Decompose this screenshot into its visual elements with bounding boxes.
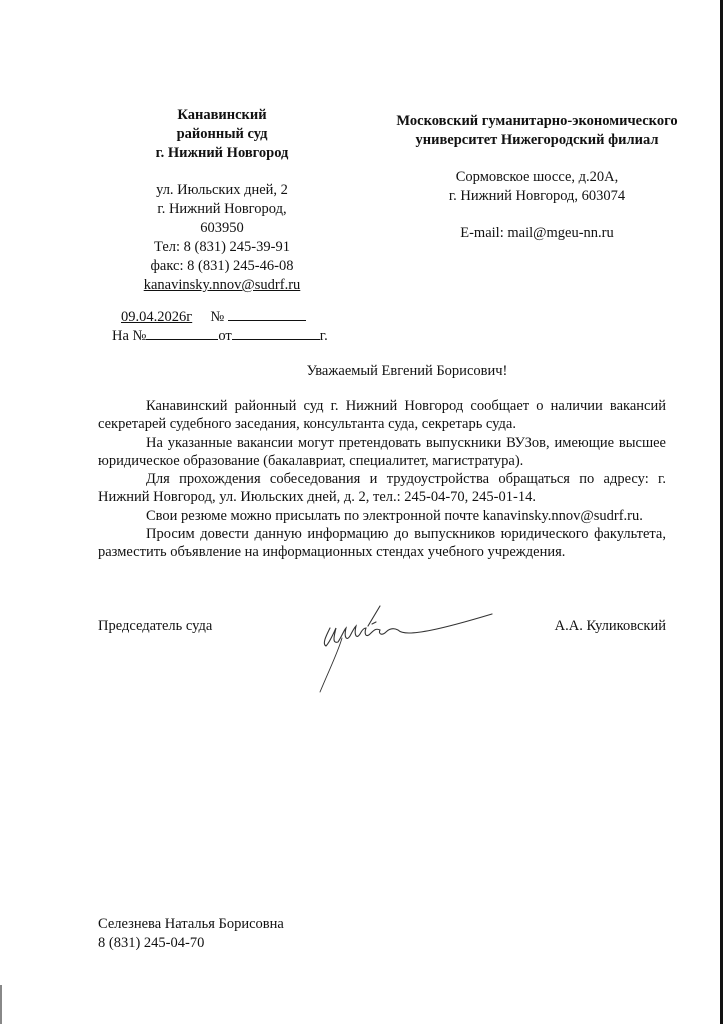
document-number-label: № bbox=[210, 309, 224, 325]
recipient-name-line: университет Нижегородский филиал bbox=[356, 131, 718, 150]
sender-phone: Тел: 8 (831) 245-39-91 bbox=[112, 238, 332, 257]
executor-block: Селезнева Наталья Борисовна 8 (831) 245-… bbox=[98, 915, 284, 952]
greeting: Уважаемый Евгений Борисович! bbox=[0, 363, 724, 380]
recipient-address-line: г. Нижний Новгород, 603074 bbox=[356, 187, 718, 206]
sender-address-line: 603950 bbox=[112, 219, 332, 238]
signatory-name: А.А. Куликовский bbox=[555, 618, 666, 635]
recipient-name-line: Московский гуманитарно-экономического bbox=[356, 112, 718, 131]
reference-number-label: На № bbox=[112, 328, 146, 344]
paragraph: Свои резюме можно присылать по электронн… bbox=[98, 507, 666, 525]
reference-date-blank bbox=[232, 326, 320, 340]
executor-phone: 8 (831) 245-04-70 bbox=[98, 934, 284, 953]
reference-year-suffix: г. bbox=[320, 328, 328, 344]
reference-number-blank bbox=[146, 326, 218, 340]
paragraph: Для прохождения собеседования и трудоуст… bbox=[98, 470, 666, 507]
sender-name-line: районный суд bbox=[112, 125, 332, 144]
registration-block: 09.04.2026г № На №отг. bbox=[112, 307, 328, 345]
document-number-blank bbox=[228, 307, 306, 321]
executor-name: Селезнева Наталья Борисовна bbox=[98, 915, 284, 934]
paragraph: На указанные вакансии могут претендовать… bbox=[98, 434, 666, 471]
scan-edge-right bbox=[720, 0, 723, 1024]
scan-edge-left bbox=[0, 985, 2, 1024]
recipient-block: Московский гуманитарно-экономического ун… bbox=[356, 112, 718, 243]
signatory-title: Председатель суда bbox=[98, 618, 212, 635]
sender-name-line: г. Нижний Новгород bbox=[112, 144, 332, 163]
sender-address-line: г. Нижний Новгород, bbox=[112, 200, 332, 219]
sender-block: Канавинский районный суд г. Нижний Новго… bbox=[112, 106, 332, 295]
paragraph: Просим довести данную информацию до выпу… bbox=[98, 525, 666, 562]
sender-name-line: Канавинский bbox=[112, 106, 332, 125]
paragraph: Канавинский районный суд г. Нижний Новго… bbox=[98, 397, 666, 434]
handwritten-signature bbox=[312, 602, 512, 697]
sender-email: kanavinsky.nnov@sudrf.ru bbox=[112, 276, 332, 295]
recipient-address-line: Сормовское шоссе, д.20А, bbox=[356, 168, 718, 187]
sender-fax: факс: 8 (831) 245-46-08 bbox=[112, 257, 332, 276]
recipient-email: E-mail: mail@mgeu-nn.ru bbox=[356, 224, 718, 243]
document-date: 09.04.2026г bbox=[121, 309, 192, 325]
reference-from-label: от bbox=[218, 328, 231, 344]
letter-body: Канавинский районный суд г. Нижний Новго… bbox=[98, 397, 666, 562]
sender-address-line: ул. Июльских дней, 2 bbox=[112, 181, 332, 200]
